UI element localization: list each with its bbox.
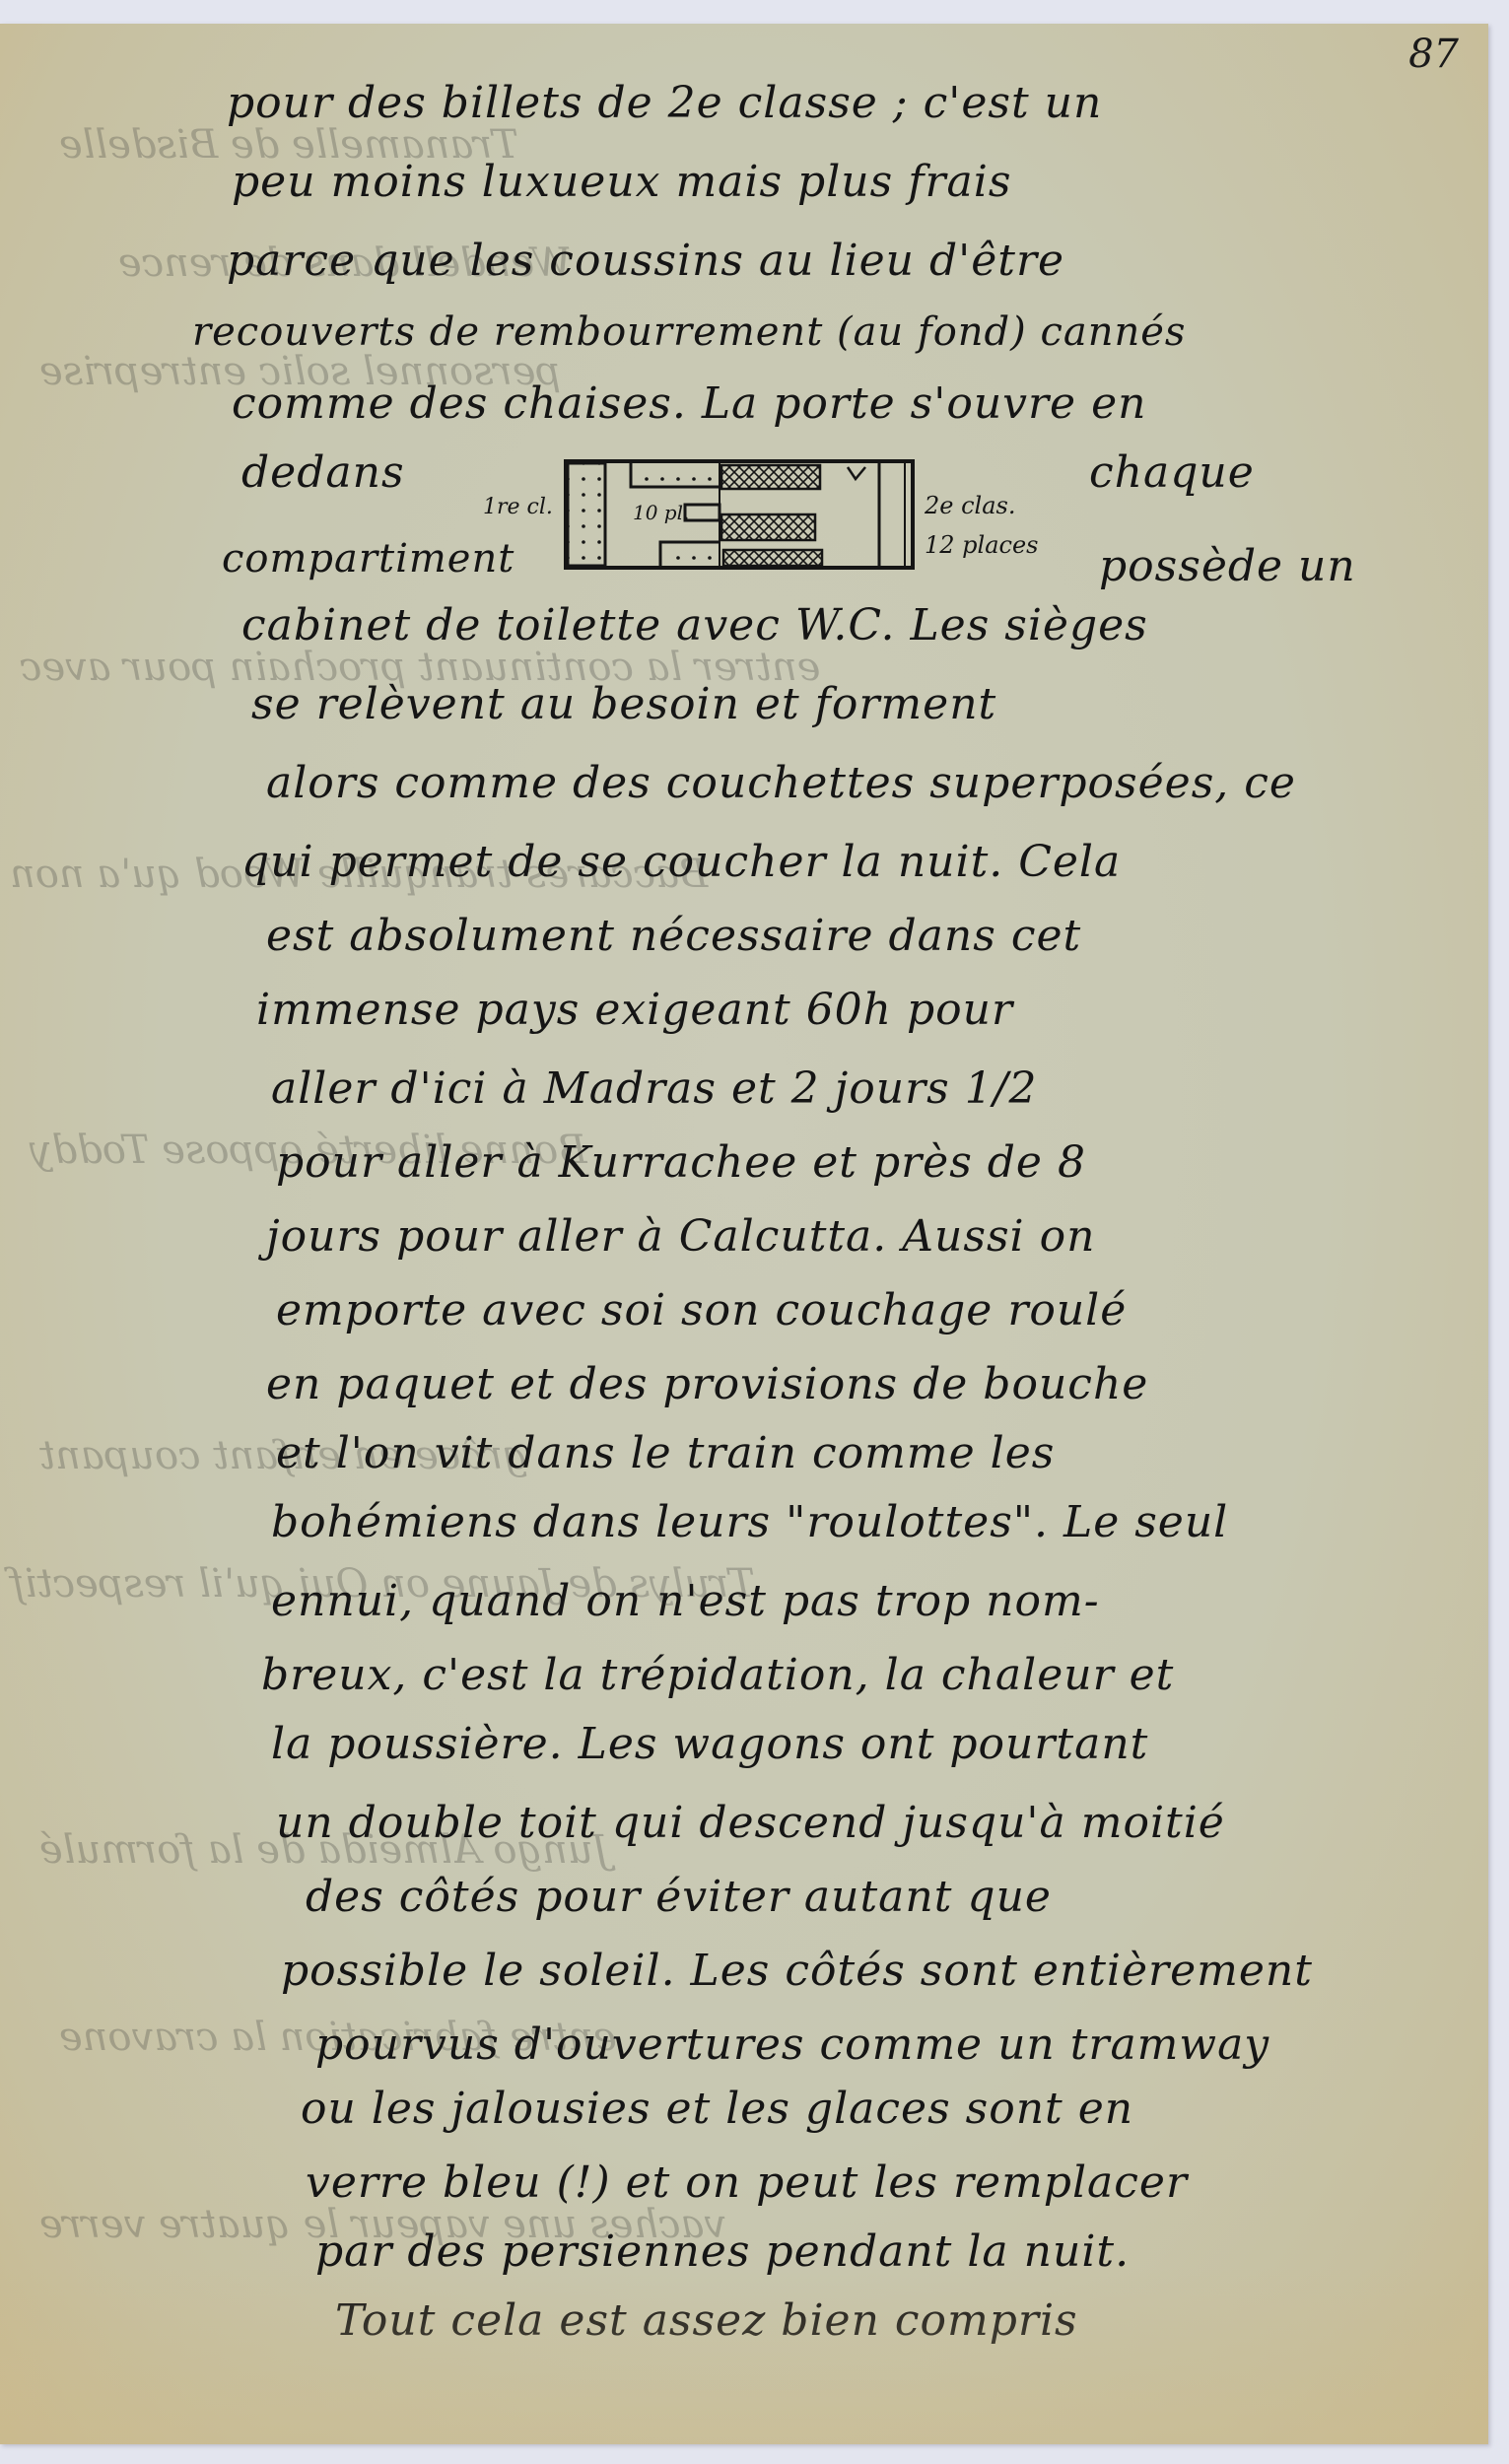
text-line: et l'on vit dans le train comme les <box>276 1428 1055 1478</box>
text-line: pour des billets de 2e classe ; c'est un <box>227 78 1102 128</box>
text-line: cabinet de toilette avec W.C. Les sièges <box>241 600 1148 650</box>
text-line: ennui, quand on n'est pas trop nom- <box>271 1576 1100 1626</box>
text-line: alors comme des couchettes superposées, … <box>266 758 1296 808</box>
text-line: Tout cela est assez bien compris <box>335 2295 1078 2346</box>
diagram-label-second-class: 2e clas. <box>925 492 1015 519</box>
diagram-label-places-first: 10 pl. <box>633 501 689 524</box>
text-line: possède un <box>1099 541 1356 591</box>
text-line: bohémiens dans leurs "roulottes". Le seu… <box>271 1497 1228 1547</box>
text-line: dedans <box>241 447 405 498</box>
text-line: comme des chaises. La porte s'ouvre en <box>232 378 1146 429</box>
diagram-label-places-second: 12 places <box>925 531 1038 559</box>
text-line: la poussière. Les wagons ont pourtant <box>271 1719 1148 1769</box>
text-line: verre bleu (!) et on peut les remplacer <box>306 2157 1188 2208</box>
text-line: ou les jalousies et les glaces sont en <box>301 2084 1133 2134</box>
text-line: parce que les coussins au lieu d'être <box>227 236 1064 286</box>
text-line: breux, c'est la trépidation, la chaleur … <box>261 1650 1174 1700</box>
text-line: compartiment <box>222 536 514 582</box>
text-line: peu moins luxueux mais plus frais <box>232 157 1011 207</box>
text-line: immense pays exigeant 60h pour <box>256 985 1013 1035</box>
text-line: est absolument nécessaire dans cet <box>266 911 1081 961</box>
text-line: chaque <box>1089 447 1255 498</box>
text-line: pourvus d'ouvertures comme un tramway <box>315 2019 1269 2070</box>
text-line: pour aller à Kurrachee et près de 8 <box>276 1137 1086 1188</box>
text-line: des côtés pour éviter autant que <box>306 1872 1052 1922</box>
text-line: aller d'ici à Madras et 2 jours 1/2 <box>271 1063 1038 1114</box>
text-line: possible le soleil. Les côtés sont entiè… <box>281 1946 1313 1996</box>
text-line: par des persiennes pendant la nuit. <box>315 2226 1130 2277</box>
text-line: jours pour aller à Calcutta. Aussi on <box>266 1211 1095 1262</box>
manuscript-page: Tranamelle de Bisdelle Wendell dans de r… <box>0 24 1488 2444</box>
compartment-floorplan-sketch: 10 pl. <box>562 457 917 571</box>
text-line: recouverts de rembourrement (au fond) ca… <box>192 309 1186 355</box>
text-line: en paquet et des provisions de bouche <box>266 1359 1148 1409</box>
diagram-label-first-class: 1re cl. <box>483 495 553 519</box>
text-line: se relèvent au besoin et forment <box>251 679 996 729</box>
text-line: qui permet de se coucher la nuit. Cela <box>241 837 1121 887</box>
text-line: emporte avec soi son couchage roulé <box>276 1285 1127 1335</box>
page-number: 87 <box>1408 32 1459 77</box>
text-line: un double toit qui descend jusqu'à moiti… <box>276 1798 1225 1848</box>
